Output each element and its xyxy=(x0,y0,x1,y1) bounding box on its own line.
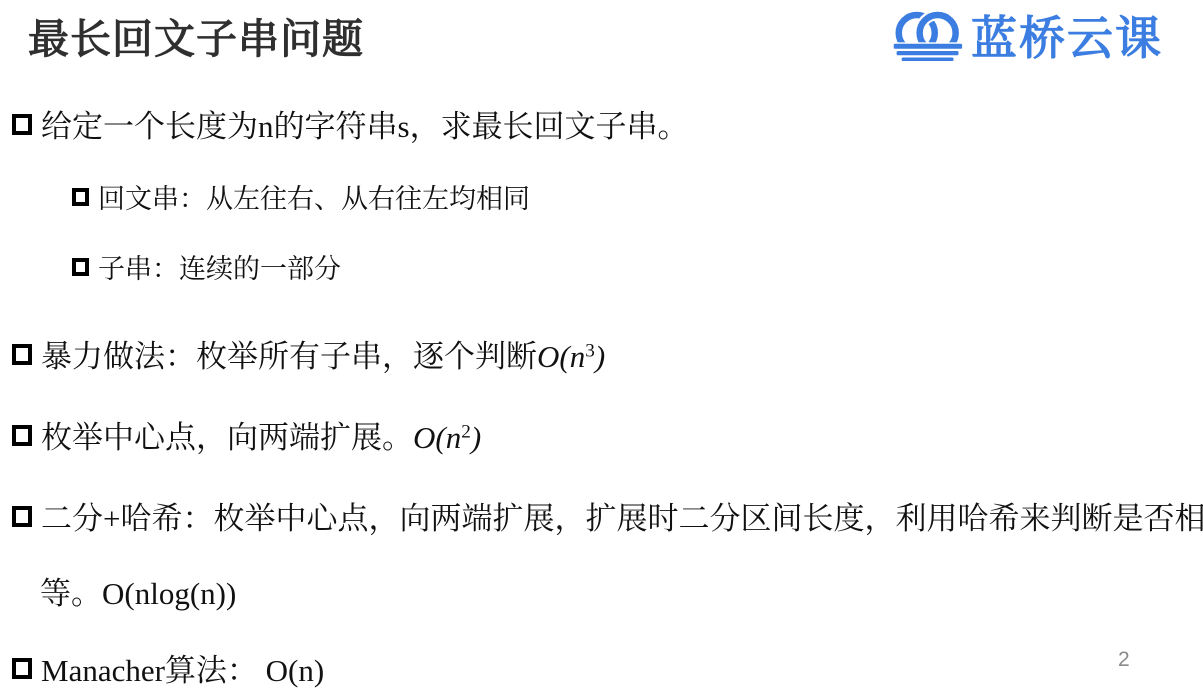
bullet-text: Manacher算法： O(n) xyxy=(41,652,324,691)
bullet-item-center-expand: 枚举中心点，向两端扩展。O(n2) xyxy=(12,419,481,458)
math-expression: O(n xyxy=(413,420,461,455)
bullet-item-bruteforce: 暴力做法：枚举所有子串，逐个判断O(n3) xyxy=(12,338,605,377)
math-close-paren: ) xyxy=(595,339,605,374)
bullet-text: 等。O(nlog(n)) xyxy=(40,575,236,614)
bullet-subitem-substring: 子串：连续的一部分 xyxy=(72,253,341,287)
bullet-text-lead: 暴力做法：枚举所有子串，逐个判断 xyxy=(41,339,537,374)
bullet-text: 给定一个长度为n的字符串s，求最长回文子串。 xyxy=(41,108,689,147)
bullet-text-lead: 枚举中心点，向两端扩展。 xyxy=(41,420,413,455)
math-expression: O(n xyxy=(537,339,585,374)
bullet-square-icon xyxy=(12,344,32,365)
bullet-square-icon xyxy=(72,258,89,276)
bullet-text: 回文串：从左往右、从右往左均相同 xyxy=(98,183,530,217)
bullet-subitem-palindrome: 回文串：从左往右、从右往左均相同 xyxy=(72,183,530,217)
page-number: 2 xyxy=(1118,648,1130,672)
page-title: 最长回文子串问题 xyxy=(28,6,364,65)
bullet-text: 枚举中心点，向两端扩展。O(n2) xyxy=(41,419,481,458)
lanqiao-logo-icon xyxy=(893,9,965,67)
math-close-paren: ) xyxy=(471,420,481,455)
lanqiao-logo: 蓝桥云课 xyxy=(893,8,1163,68)
bullet-item-manacher: Manacher算法： O(n) xyxy=(12,652,324,691)
bullet-item-binary-hash-continuation: 等。O(nlog(n)) xyxy=(40,575,236,614)
bullet-item-definition: 给定一个长度为n的字符串s，求最长回文子串。 xyxy=(12,108,689,147)
bullet-square-icon xyxy=(12,658,32,679)
bullet-square-icon xyxy=(12,506,32,527)
bullet-item-binary-hash: 二分+哈希：枚举中心点，向两端扩展，扩展时二分区间长度，利用哈希来判断是否相 xyxy=(12,500,1203,539)
bullet-text: 暴力做法：枚举所有子串，逐个判断O(n3) xyxy=(41,338,605,377)
slide: 最长回文子串问题 蓝桥云课 给定一个长度为n的字符串s，求最长回文子串。 回文串… xyxy=(0,0,1203,691)
bullet-square-icon xyxy=(12,425,32,446)
math-superscript: 2 xyxy=(461,421,471,442)
bullet-text: 子串：连续的一部分 xyxy=(98,253,341,287)
bullet-square-icon xyxy=(72,188,89,206)
bullet-square-icon xyxy=(12,114,32,135)
lanqiao-logo-text: 蓝桥云课 xyxy=(971,15,1163,61)
math-superscript: 3 xyxy=(585,340,595,361)
bullet-text: 二分+哈希：枚举中心点，向两端扩展，扩展时二分区间长度，利用哈希来判断是否相 xyxy=(41,500,1203,539)
